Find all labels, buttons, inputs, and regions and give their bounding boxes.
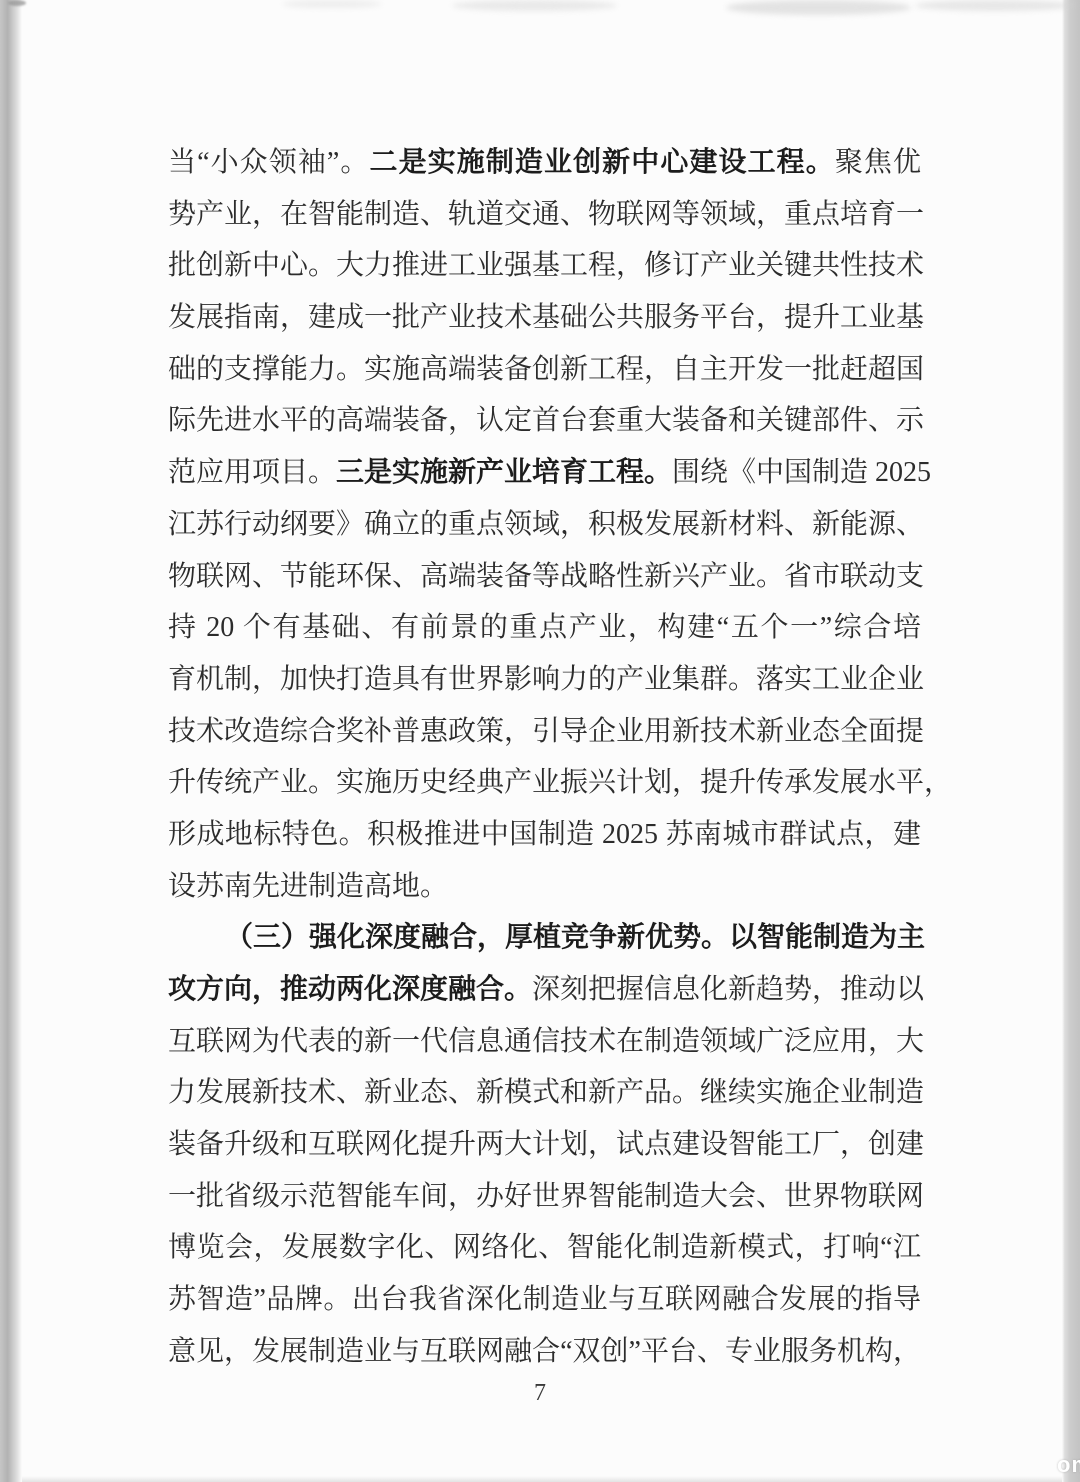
text-line: 升传统产业。实施历史经典产业振兴计划，提升传承发展水平， <box>168 757 921 809</box>
page-number: 7 <box>0 1378 1080 1408</box>
text-line: 批创新中心。大力推进工业强基工程，修订产业关键共性技术 <box>168 240 921 292</box>
text-line: 础的支撑能力。实施高端装备创新工程，自主开发一批赶超国 <box>168 344 921 396</box>
text-segment: 当“小众领袖”。 <box>168 147 370 178</box>
text-segment: 育机制，加快打造具有世界影响力的产业集群。落实工业企业 <box>168 664 924 695</box>
text-line: 意见，发展制造业与互联网融合“双创”平台、专业服务机构， <box>168 1326 921 1378</box>
text-segment: 聚焦优 <box>835 147 921 178</box>
text-segment: 础的支撑能力。实施高端装备创新工程，自主开发一批赶超国 <box>168 354 924 385</box>
text-line: 设苏南先进制造高地。 <box>168 861 921 913</box>
text-line: 技术改造综合奖补普惠政策，引导企业用新技术新业态全面提 <box>168 706 921 758</box>
text-segment: 意见，发展制造业与互联网融合“双创”平台、专业服务机构， <box>168 1336 921 1367</box>
scan-smudge <box>726 0 911 15</box>
scan-edge-left-shadow <box>0 0 22 1482</box>
text-segment: 苏智造”品牌。出台我省深化制造业与互联网融合发展的指导 <box>168 1284 921 1315</box>
text-line: 势产业，在智能制造、轨道交通、物联网等领域，重点培育一 <box>168 189 921 241</box>
text-segment: 形成地标特色。积极推进中国制造 2025 苏南城市群试点，建 <box>168 819 921 850</box>
scan-smudge <box>915 0 1075 11</box>
scan-smudge <box>8 0 26 6</box>
scan-edge-bottom-shadow <box>22 1476 1062 1482</box>
text-line: 一批省级示范智能车间，办好世界智能制造大会、世界物联网 <box>168 1171 921 1223</box>
text-segment: 装备升级和互联网化提升两大计划，试点建设智能工厂，创建 <box>168 1129 924 1160</box>
text-line: 形成地标特色。积极推进中国制造 2025 苏南城市群试点，建 <box>168 809 921 861</box>
text-line: 江苏行动纲要》确立的重点领域，积极发展新材料、新能源、 <box>168 499 921 551</box>
scan-smudge <box>282 0 382 8</box>
text-line: 发展指南，建成一批产业技术基础公共服务平台，提升工业基 <box>168 292 921 344</box>
text-line: 际先进水平的高端装备，认定首台套重大装备和关键部件、示 <box>168 395 921 447</box>
text-segment: 力发展新技术、新业态、新模式和新产品。继续实施企业制造 <box>168 1077 924 1108</box>
text-line: 力发展新技术、新业态、新模式和新产品。继续实施企业制造 <box>168 1067 921 1119</box>
text-segment: 持 20 个有基础、有前景的重点产业，构建“五个一”综合培 <box>168 612 921 643</box>
text-line: 育机制，加快打造具有世界影响力的产业集群。落实工业企业 <box>168 654 921 706</box>
bold-text-segment: 三是实施新产业培育工程。 <box>336 457 672 488</box>
text-segment: 范应用项目。 <box>168 457 336 488</box>
scan-edge-right-shadow <box>1062 0 1080 1482</box>
text-segment: 设苏南先进制造高地。 <box>168 871 448 902</box>
text-block: 当“小众领袖”。二是实施制造业创新中心建设工程。聚焦优势产业，在智能制造、轨道交… <box>168 137 921 1378</box>
text-line: 博览会，发展数字化、网络化、智能化制造新模式，打响“江 <box>168 1222 921 1274</box>
text-segment: 深刻把握信息化新趋势，推动以 <box>532 974 924 1005</box>
text-segment: 围绕《中国制造 2025 <box>672 457 931 488</box>
text-segment: 技术改造综合奖补普惠政策，引导企业用新技术新业态全面提 <box>168 716 924 747</box>
text-segment: 升传统产业。实施历史经典产业振兴计划，提升传承发展水平， <box>168 767 952 798</box>
text-line: （三）强化深度融合，厚植竞争新优势。以智能制造为主 <box>168 912 921 964</box>
text-line: 持 20 个有基础、有前景的重点产业，构建“五个一”综合培 <box>168 602 921 654</box>
text-segment: 发展指南，建成一批产业技术基础公共服务平台，提升工业基 <box>168 302 924 333</box>
text-segment: 一批省级示范智能车间，办好世界智能制造大会、世界物联网 <box>168 1181 924 1212</box>
text-line: 攻方向，推动两化深度融合。深刻把握信息化新趋势，推动以 <box>168 964 921 1016</box>
bold-text-segment: 二是实施制造业创新中心建设工程。 <box>370 147 835 178</box>
text-segment: 批创新中心。大力推进工业强基工程，修订产业关键共性技术 <box>168 250 924 281</box>
bold-text-segment: （三）强化深度融合，厚植竞争新优势。以智能制造为主 <box>225 922 925 953</box>
watermark-fragment: om <box>1057 1452 1080 1478</box>
text-line: 装备升级和互联网化提升两大计划，试点建设智能工厂，创建 <box>168 1119 921 1171</box>
scan-smudge <box>452 0 617 11</box>
text-line: 苏智造”品牌。出台我省深化制造业与互联网融合发展的指导 <box>168 1274 921 1326</box>
text-line: 当“小众领袖”。二是实施制造业创新中心建设工程。聚焦优 <box>168 137 921 189</box>
text-line: 互联网为代表的新一代信息通信技术在制造领域广泛应用，大 <box>168 1016 921 1068</box>
bold-text-segment: 攻方向，推动两化深度融合。 <box>168 974 532 1005</box>
text-line: 物联网、节能环保、高端装备等战略性新兴产业。省市联动支 <box>168 551 921 603</box>
text-segment: 江苏行动纲要》确立的重点领域，积极发展新材料、新能源、 <box>168 509 924 540</box>
text-line: 范应用项目。三是实施新产业培育工程。围绕《中国制造 2025 <box>168 447 921 499</box>
text-segment: 物联网、节能环保、高端装备等战略性新兴产业。省市联动支 <box>168 561 924 592</box>
text-segment: 际先进水平的高端装备，认定首台套重大装备和关键部件、示 <box>168 405 924 436</box>
scanned-document-page: 当“小众领袖”。二是实施制造业创新中心建设工程。聚焦优势产业，在智能制造、轨道交… <box>0 0 1080 1482</box>
text-segment: 互联网为代表的新一代信息通信技术在制造领域广泛应用，大 <box>168 1026 924 1057</box>
text-segment: 博览会，发展数字化、网络化、智能化制造新模式，打响“江 <box>168 1232 921 1263</box>
text-segment: 势产业，在智能制造、轨道交通、物联网等领域，重点培育一 <box>168 199 924 230</box>
